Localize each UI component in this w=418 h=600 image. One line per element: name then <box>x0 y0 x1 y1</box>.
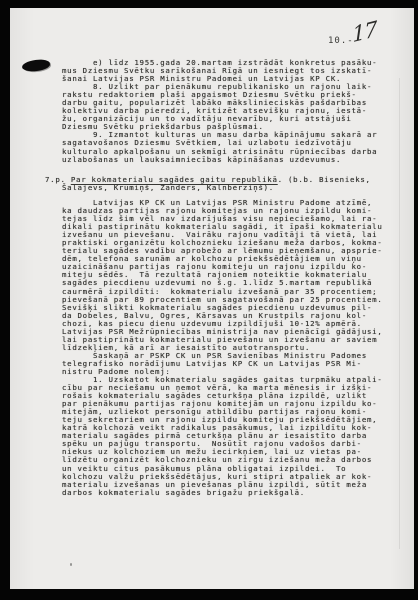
agenda-item-7: 7.p. Par kokmaterialu sagādes gaitu repu… <box>45 176 402 192</box>
agenda-item-7-attendees: (b.b. Bisenieks, <box>288 175 371 184</box>
agenda-item-7-attendees-continued: Šalajevs, Krūmiņš, Zanders, Kalnbērziņš)… <box>45 184 402 192</box>
paragraph-song-festival: e) līdz 1955.gada 20.martam izstrādāt ko… <box>62 59 402 164</box>
ink-smudge <box>21 58 50 72</box>
page-number: 10.- <box>328 36 354 46</box>
paper-speck <box>70 563 72 566</box>
text-line: uzlabošanas un lauksaimniecības kāpināša… <box>62 156 402 164</box>
document-text: e) līdz 1955.gada 20.martam izstrādāt ko… <box>62 59 402 497</box>
text-line: darbos kokmaterialu sagādes brigažu prie… <box>62 489 402 497</box>
agenda-item-7-title-period: . <box>278 175 288 184</box>
scan-frame: 17 10.- e) līdz 1955.gada 20.martam izst… <box>0 0 418 600</box>
handwritten-page-mark: 17 <box>352 17 377 48</box>
paragraph-resolution-body: Latvijas KP CK un Latvijas PSR Ministru … <box>62 199 402 497</box>
document-page: 17 10.- e) līdz 1955.gada 20.martam izst… <box>10 8 414 589</box>
